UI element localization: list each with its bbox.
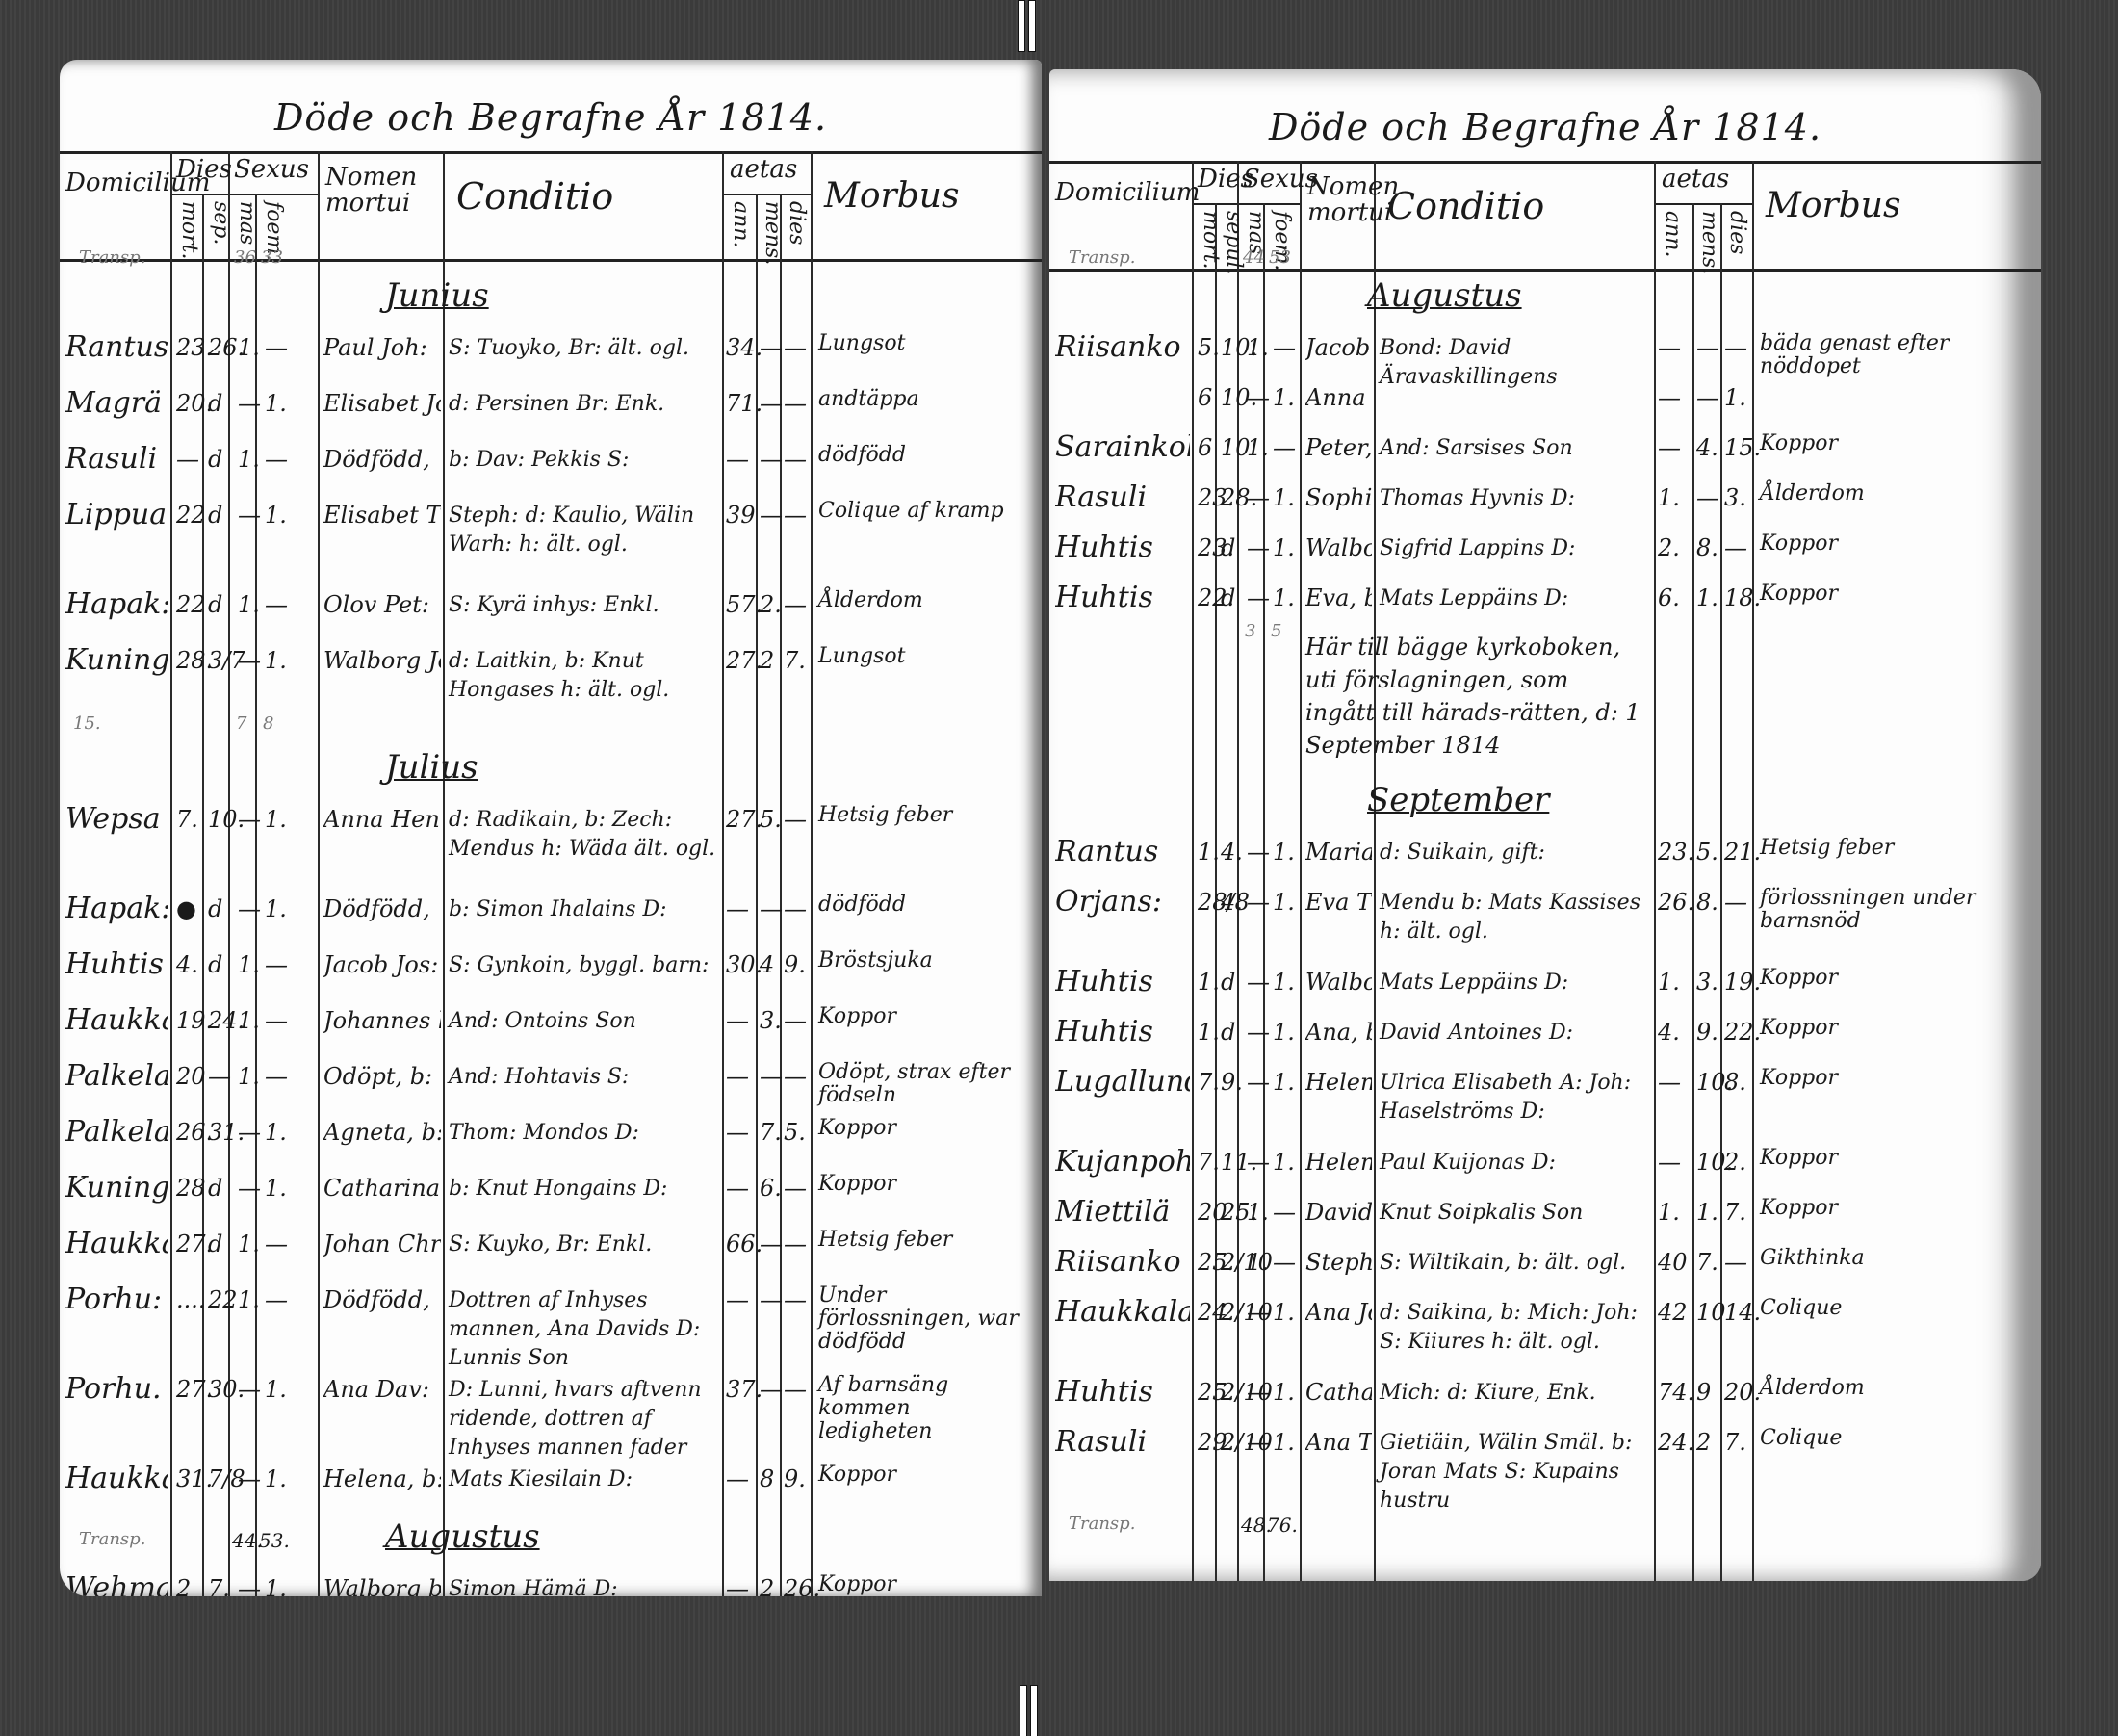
entry-age-days: 5. [784, 1119, 806, 1146]
gutter-marker-top-2 [1028, 0, 1036, 52]
entry-sex-female: 1. [1273, 484, 1295, 511]
section-note: Här till bägge kyrkoboken, uti förslagni… [1305, 631, 1640, 762]
entry-day-burial: d [208, 895, 222, 922]
entry-conditio: b: Simon Ihalains D: [449, 895, 716, 924]
subtotal-foem: 5 [1271, 621, 1281, 641]
entry-morbus: dödfödd [818, 894, 1030, 917]
entry-age-days: — [784, 1063, 807, 1090]
gutter-marker-bottom-2 [1030, 1685, 1038, 1736]
entry-morbus: andtäppa [818, 388, 1030, 411]
subtotal-label: 15. [73, 713, 101, 734]
entry-sex-male: 1. [238, 446, 260, 473]
entry-domicilium: Palkela [65, 1059, 168, 1093]
column-rule-morbus [1752, 161, 1754, 1581]
entry-sex-male: 1. [1247, 434, 1269, 461]
entry-domicilium: Sarainkola [1055, 430, 1190, 464]
entry-conditio: Mats Kiesilain D: [449, 1465, 716, 1494]
entry-name: Jacob Jos: [323, 951, 441, 978]
entry-morbus: Bröstsjuka [818, 949, 1030, 972]
entry-age-days: 7. [1724, 1199, 1746, 1226]
entry-morbus: Koppor [818, 1117, 1030, 1140]
entry-name: Sophia, torp: [1305, 484, 1372, 511]
entry-age-days: — [784, 446, 807, 473]
entry-age-days: — [784, 502, 807, 529]
entry-day-burial: d [208, 1231, 222, 1257]
entry-age-days: 22. [1724, 1019, 1761, 1046]
header-top-rule [1049, 161, 2041, 164]
entry-age-months: 2. [760, 591, 782, 618]
entry-age-years: — [726, 1465, 749, 1492]
entry-age-days: 14. [1724, 1299, 1761, 1326]
entry-age-years: 66. [726, 1231, 762, 1257]
entry-sex-male: — [1247, 969, 1270, 996]
entry-domicilium: Kuningan. [65, 1171, 168, 1205]
entry-day-burial: 4. [1221, 889, 1243, 916]
entry-conditio: d: Saikina, b: Mich: Joh: S: Kiiures h: … [1380, 1299, 1648, 1357]
entry-name: Ana, b: [1305, 1019, 1372, 1046]
entry-day-death: 28 [176, 1175, 206, 1202]
entry-day-death: 22 [176, 591, 206, 618]
carry-over-label: Transp. [1069, 247, 1135, 268]
entry-morbus: Hetsig feber [818, 804, 1030, 827]
entry-domicilium: Orjans: [1055, 885, 1190, 919]
entry-domicilium: Huhtis [1055, 1015, 1190, 1049]
entry-domicilium: Kujanpohm-da [1055, 1145, 1190, 1179]
entry-sex-male: — [238, 1376, 261, 1403]
entry-name: David, b: [1305, 1199, 1372, 1226]
entry-morbus: Hetsig feber [818, 1229, 1030, 1252]
entry-domicilium: Miettilä [1055, 1195, 1190, 1229]
entry-name: Peter, torp: [1305, 434, 1372, 461]
page-total-label: Transp. [1069, 1514, 1135, 1534]
entry-conditio: b: Dav: Pekkis S: [449, 446, 716, 475]
header-aetas-mens: mens. [1698, 211, 1720, 274]
entry-age-months: 5. [760, 806, 782, 833]
entry-name: Elisabet Thom: [323, 502, 441, 529]
entry-day-death: ● [176, 895, 196, 922]
entry-sex-female: — [265, 591, 288, 618]
page-title: Döde och Begrafne År 1814. [1049, 106, 2041, 148]
entry-morbus: Koppor [818, 1464, 1030, 1487]
header-aetas-ann: ann. [730, 201, 752, 247]
entry-sex-female: 1. [1273, 1019, 1295, 1046]
page-total-foem: 53. [259, 1529, 290, 1552]
entry-day-burial: d [1221, 1019, 1235, 1046]
header-top-rule [60, 151, 1042, 154]
entry-sex-female: — [265, 1286, 288, 1313]
entry-age-years: 24. [1658, 1429, 1694, 1456]
entry-sex-male: — [238, 1175, 261, 1202]
entry-conditio: Paul Kuijonas D: [1380, 1149, 1648, 1178]
entry-name: Johan Christ: [323, 1231, 441, 1257]
entry-age-months: — [760, 334, 783, 361]
entry-sex-male: — [238, 895, 261, 922]
entry-day-death: 1. [1198, 839, 1220, 866]
header-domicilium: Domicilium [1055, 180, 1188, 206]
entry-sex-male: 1. [238, 951, 260, 978]
entry-name: Stephan Joh: [1305, 1249, 1372, 1276]
entry-sex-female: — [1273, 334, 1296, 361]
entry-sex-female: — [265, 951, 288, 978]
entry-morbus: Koppor [818, 1173, 1030, 1196]
entry-name: Elisabet Joh: [323, 390, 441, 417]
entry-age-days: 7. [1724, 1429, 1746, 1456]
header-bottom-rule [60, 259, 1042, 262]
column-rule-morbus [811, 151, 813, 1596]
header-nomen: Nomen mortui [325, 165, 439, 218]
entry-age-years: — [1658, 384, 1681, 411]
entry-age-years: 30. [726, 951, 762, 978]
entry-age-months: 2 [1696, 1429, 1711, 1456]
entry-sex-female: 1. [1273, 1299, 1295, 1326]
left-page: Döde och Begrafne År 1814. DomiciliumDie… [60, 60, 1042, 1596]
subtotal-foem: 8 [263, 713, 273, 734]
entry-domicilium: Wepsa [65, 802, 168, 836]
entry-domicilium: Rasuli [1055, 1425, 1190, 1459]
subtotal-mas: 3 [1245, 621, 1255, 641]
entry-sex-female: 1. [1273, 839, 1295, 866]
entry-age-years: — [1658, 334, 1681, 361]
entry-age-years: — [726, 446, 749, 473]
header-dies-mort: mort. [1200, 211, 1222, 269]
page-title: Döde och Begrafne År 1814. [60, 96, 1042, 139]
entry-age-days: — [784, 1175, 807, 1202]
entry-age-months: 10 [1696, 1299, 1726, 1326]
entry-age-months: 2 [760, 647, 774, 674]
entry-age-months: 8. [1696, 534, 1718, 561]
entry-name: Helena, torp: [1305, 1149, 1372, 1176]
entry-domicilium: Wehmais [65, 1571, 168, 1596]
entry-conditio: And: Sarsises Son [1380, 434, 1648, 463]
entry-age-days: 3. [1724, 484, 1746, 511]
entry-day-death: 1. [1198, 969, 1220, 996]
entry-sex-female: — [265, 1231, 288, 1257]
entry-domicilium: Riisanko [1055, 330, 1190, 364]
entry-age-days: — [1724, 889, 1747, 916]
entry-domicilium: Haukkala [65, 1227, 168, 1260]
entry-age-months: — [760, 1063, 783, 1090]
entry-morbus: dödfödd [818, 444, 1030, 467]
entry-age-years: — [726, 1063, 749, 1090]
entry-age-days: 19. [1724, 969, 1761, 996]
entry-conditio: And: Hohtavis S: [449, 1063, 716, 1092]
entry-morbus: Koppor [1760, 532, 2029, 556]
entry-domicilium: Hapak: [65, 892, 168, 925]
entry-age-months: 5. [1696, 839, 1718, 866]
entry-day-death: 7. [1198, 1149, 1220, 1176]
entry-sex-male: — [1247, 584, 1270, 611]
entry-name: Ana Jos: [1305, 1299, 1372, 1326]
entry-domicilium: Rasuli [1055, 480, 1190, 514]
entry-name: Paul Joh: [323, 334, 441, 361]
entry-age-months: 1. [1696, 584, 1718, 611]
entry-age-days: — [784, 1231, 807, 1257]
entry-sex-female: — [265, 446, 288, 473]
entry-age-months: 3. [760, 1007, 782, 1034]
entry-morbus: Hetsig feber [1760, 837, 2029, 860]
entry-conditio: Simon Hämä D: [449, 1575, 716, 1596]
entry-conditio: And: Ontoins Son [449, 1007, 716, 1036]
entry-sex-female: 1. [265, 1465, 287, 1492]
entry-age-years: — [1658, 1069, 1681, 1096]
entry-sex-female: 1. [1273, 1429, 1295, 1456]
entry-name: Walborg Jör: [323, 647, 441, 674]
entry-sex-male: — [238, 1575, 261, 1596]
entry-sex-male: — [238, 1119, 261, 1146]
entry-age-months: — [760, 502, 783, 529]
entry-age-days: — [784, 591, 807, 618]
entry-age-years: 1. [1658, 1199, 1680, 1226]
entry-sex-female: 1. [265, 895, 287, 922]
entry-age-days: 15. [1724, 434, 1761, 461]
entry-domicilium: Rantus [1055, 835, 1190, 868]
entry-conditio: Steph: d: Kaulio, Wälin Warh: h: ält. og… [449, 502, 716, 559]
entry-age-months: 6. [760, 1175, 782, 1202]
entry-day-burial: d [208, 390, 222, 417]
month-heading: Julius [385, 748, 478, 787]
entry-name: Johannes b: [323, 1007, 441, 1034]
entry-sex-female: — [265, 1063, 288, 1090]
entry-conditio: David Antoines D: [1380, 1019, 1648, 1048]
header-conditio: Conditio [1387, 188, 1544, 226]
entry-sex-male: — [1247, 839, 1270, 866]
entry-conditio: S: Kyrä inhys: Enkl. [449, 591, 716, 620]
entry-age-months: — [760, 446, 783, 473]
entry-name: Catharina [1305, 1379, 1372, 1406]
entry-sex-female: 1. [1273, 534, 1295, 561]
entry-sex-female: — [1273, 434, 1296, 461]
entry-domicilium: Huhtis [1055, 531, 1190, 564]
entry-age-days: 9. [784, 951, 806, 978]
month-heading: Augustus [1367, 276, 1522, 315]
entry-sex-male: 1. [1247, 334, 1269, 361]
entry-day-death: — [176, 446, 199, 473]
entry-name: Agneta, b: [323, 1119, 441, 1146]
entry-morbus: Koppor [1760, 432, 2029, 455]
entry-age-months: 7. [760, 1119, 782, 1146]
entry-age-years: — [726, 1119, 749, 1146]
entry-morbus: bäda genast efter nöddopet [1760, 332, 2029, 378]
entry-sex-male: — [1247, 1379, 1270, 1406]
entry-name: Odöpt, b: [323, 1063, 441, 1090]
entry-day-death: 7. [176, 806, 198, 833]
entry-domicilium: Haukkala [65, 1003, 168, 1037]
carry-over-foem: 53 [1269, 247, 1291, 268]
entry-sex-female: 1. [265, 806, 287, 833]
gutter-marker-bottom [1020, 1685, 1027, 1736]
entry-name: Ana Thomasd: [1305, 1429, 1372, 1456]
entry-conditio: D: Lunni, hvars aftvenn ridende, dottren… [449, 1376, 716, 1463]
entry-domicilium: Lugallund V.Boll [1055, 1065, 1190, 1099]
entry-age-days: — [784, 390, 807, 417]
entry-name: Anna [1305, 384, 1372, 411]
entry-sex-female: 1. [265, 1175, 287, 1202]
entry-domicilium: Huhtis [1055, 581, 1190, 614]
column-rule-nomen [1300, 161, 1302, 1581]
entry-day-death: 4. [176, 951, 198, 978]
entry-day-death: 7. [1198, 1069, 1220, 1096]
entry-conditio: Dottren af Inhyses mannen, Ana Davids D:… [449, 1286, 716, 1373]
entry-conditio: S: Tuoyko, Br: ält. ogl. [449, 334, 716, 363]
entry-morbus: Koppor [818, 1005, 1030, 1028]
entry-sex-female: 1. [1273, 1069, 1295, 1096]
entry-domicilium: Palkela [65, 1115, 168, 1149]
gutter-marker-top [1018, 0, 1025, 52]
entry-sex-female: 1. [265, 502, 287, 529]
entry-age-years: 37. [726, 1376, 762, 1403]
entry-day-death: 22 [176, 502, 206, 529]
entry-sex-female: — [265, 1007, 288, 1034]
entry-morbus: Ålderdom [1760, 482, 2029, 505]
entry-day-burial: d [208, 591, 222, 618]
entry-sex-female: — [1273, 1199, 1296, 1226]
entry-day-burial: 7. [208, 1575, 230, 1596]
entry-conditio: Bond: David Äravaskillingens [1380, 334, 1648, 392]
entry-sex-female: 1. [265, 1376, 287, 1403]
entry-age-days: — [784, 1007, 807, 1034]
entry-day-death: 2 [176, 1575, 191, 1596]
entry-morbus: Koppor [1760, 583, 2029, 606]
entry-domicilium: Magrä [65, 386, 168, 420]
entry-day-burial: 10 [1221, 434, 1251, 461]
entry-age-months: — [760, 1231, 783, 1257]
entry-conditio: Mats Leppäins D: [1380, 584, 1648, 613]
entry-day-death: .... [176, 1286, 206, 1313]
entry-sex-male: 1. [238, 334, 260, 361]
right-page: Döde och Begrafne År 1814. DomiciliumDie… [1049, 69, 2041, 1581]
entry-morbus: Colique af kramp [818, 500, 1030, 523]
entry-age-years: — [726, 1286, 749, 1313]
entry-name: Eva, b: [1305, 584, 1372, 611]
entry-domicilium: Porhu: [65, 1283, 168, 1316]
entry-name: Walborg, b: [1305, 969, 1372, 996]
entry-sex-female: 1. [1273, 1379, 1295, 1406]
entry-name: Helena Vige Basst. [1305, 1069, 1372, 1096]
entry-name: Dödfödd, [323, 895, 441, 922]
entry-morbus: Af barnsäng kommen ledigheten [818, 1374, 1030, 1443]
entry-day-burial: d [208, 951, 222, 978]
entry-conditio: d: Radikain, b: Zech: Mendus h: Wäda ält… [449, 806, 716, 864]
entry-sex-male: — [1247, 1149, 1270, 1176]
entry-age-years: 42 [1658, 1299, 1688, 1326]
entry-domicilium: Lippua [65, 498, 168, 531]
entry-domicilium: Haukkala [65, 1462, 168, 1495]
entry-sex-female: 1. [265, 390, 287, 417]
entry-age-years: 71. [726, 390, 762, 417]
entry-sex-female: — [1273, 1249, 1296, 1276]
entry-day-burial: d [1221, 534, 1235, 561]
entry-domicilium: Porhu. [65, 1372, 168, 1406]
header-sexus: Sexus [234, 157, 309, 183]
entry-name: Ana Dav: [323, 1376, 441, 1403]
entry-sex-male: — [1247, 384, 1270, 411]
entry-age-months: 4. [1696, 434, 1718, 461]
entry-age-months: 9. [1696, 1019, 1718, 1046]
entry-conditio: S: Wiltikain, b: ält. ogl. [1380, 1249, 1648, 1278]
entry-sex-female: 1. [265, 1575, 287, 1596]
entry-day-death: 5. [1198, 334, 1220, 361]
entry-sex-male: — [238, 1465, 261, 1492]
header-nomen: Nomen mortui [1307, 174, 1370, 227]
header-dies: Dies [176, 157, 232, 183]
column-rule-cond [443, 151, 445, 1596]
header-morbus: Morbus [824, 178, 959, 215]
entry-name: Walborg, b: [1305, 534, 1372, 561]
entry-age-years: 27. [726, 647, 762, 674]
subtotal-mas: 7 [236, 713, 246, 734]
entry-domicilium: Riisanko [1055, 1245, 1190, 1279]
entry-morbus: Ålderdom [818, 589, 1030, 612]
entry-day-burial: 4. [1221, 839, 1243, 866]
entry-age-years: 6. [1658, 584, 1680, 611]
entry-age-years: 57. [726, 591, 762, 618]
entry-age-days: — [784, 1376, 807, 1403]
entry-age-months: 4 [760, 951, 774, 978]
entry-age-days: 1. [1724, 384, 1746, 411]
entry-domicilium: Rantus [65, 330, 168, 364]
entry-day-burial: d [1221, 584, 1235, 611]
entry-name: Catharina [323, 1175, 441, 1202]
entry-domicilium: Kuningan-selkä [65, 643, 168, 677]
header-dies-mort: mort. [178, 201, 200, 259]
column-rule-dd [1720, 203, 1722, 1581]
entry-age-days: — [1724, 334, 1747, 361]
entry-day-burial: 22 [208, 1286, 238, 1313]
entry-sex-female: 1. [1273, 969, 1295, 996]
entry-age-days: 2. [1724, 1149, 1746, 1176]
entry-age-months: 9 [1696, 1379, 1711, 1406]
entry-morbus: förlossningen under barnsnöd [1760, 887, 2029, 933]
carry-over-foem: 33 [261, 247, 283, 268]
entry-age-days: — [784, 895, 807, 922]
column-rule-ann [722, 151, 724, 1596]
entry-conditio: b: Knut Hongains D: [449, 1175, 716, 1204]
entry-conditio: S: Kuyko, Br: Enkl. [449, 1231, 716, 1259]
entry-conditio: d: Laitkin, b: Knut Hongases h: ält. ogl… [449, 647, 716, 705]
entry-conditio: d: Persinen Br: Enk. [449, 390, 716, 419]
entry-morbus: Colique [1760, 1427, 2029, 1450]
entry-age-years: — [1658, 434, 1681, 461]
carry-over-mas: 44 [1243, 247, 1265, 268]
entry-name: Eva Thomasd: [1305, 889, 1372, 916]
header-sexus-mas: mas [236, 201, 258, 245]
entry-sex-female: 1. [1273, 1149, 1295, 1176]
entry-age-years: 27. [726, 806, 762, 833]
entry-conditio: Gietiäin, Wälin Smäl. b: Joran Mats S: K… [1380, 1429, 1648, 1516]
entry-age-years: 26. [1658, 889, 1694, 916]
ledger-table: DomiciliumDiesSexusmort.sep.masfoem.Nome… [60, 151, 1042, 1596]
entry-sex-female: 1. [265, 647, 287, 674]
entry-age-years: — [726, 1575, 749, 1596]
entry-morbus: Koppor [818, 1573, 1030, 1596]
entry-age-years: — [726, 1175, 749, 1202]
entry-sex-male: — [238, 806, 261, 833]
entry-sex-male: — [1247, 534, 1270, 561]
entry-age-days: — [784, 806, 807, 833]
entry-morbus: Koppor [1760, 1017, 2029, 1040]
entry-sex-male: 1. [1247, 1249, 1269, 1276]
entry-sex-male: — [238, 502, 261, 529]
entry-age-days: 9. [784, 1465, 806, 1492]
entry-day-burial: 9. [1221, 1069, 1243, 1096]
entry-age-years: 23. [1658, 839, 1694, 866]
entry-morbus: Koppor [1760, 1067, 2029, 1090]
entry-day-death: 1. [1198, 1019, 1220, 1046]
entry-sex-male: 1. [238, 1063, 260, 1090]
entry-conditio: Thomas Hyvnis D: [1380, 484, 1648, 513]
entry-age-days: 8. [1724, 1069, 1746, 1096]
entry-age-days: — [784, 334, 807, 361]
